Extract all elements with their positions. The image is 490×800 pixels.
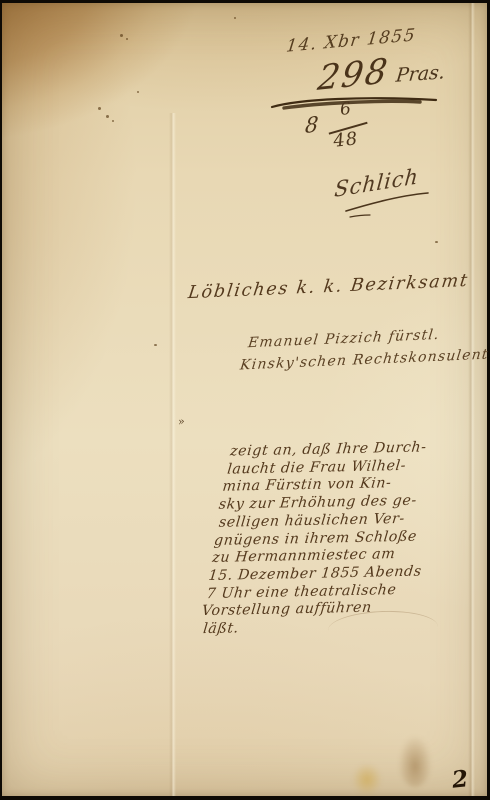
signature-flourish bbox=[342, 185, 432, 219]
file-number: 8 bbox=[304, 112, 319, 138]
foxing-speck bbox=[435, 241, 438, 243]
fraction-numerator: 6 bbox=[339, 99, 352, 120]
marginal-mark: » bbox=[177, 415, 186, 429]
foxing-speck bbox=[154, 344, 157, 346]
vertical-fold-crease-right bbox=[468, 3, 475, 796]
ink-smudge-stain bbox=[398, 735, 432, 787]
praesentatum-label: Pras. bbox=[395, 61, 446, 87]
photo-frame: 14. Xbr 1855 298 Pras. 8 6 48 Schlich Lö… bbox=[0, 0, 490, 800]
foxing-speck bbox=[137, 91, 139, 93]
registry-date: 14. Xbr 1855 bbox=[285, 25, 417, 57]
recipient-line: Löbliches k. k. Bezirksamt bbox=[187, 271, 470, 303]
sender-name-line: Emanuel Pizzich fürstl. bbox=[247, 327, 440, 351]
sender-title-line: Kinsky'schen Rechtskonsulent bbox=[239, 347, 489, 374]
fraction-denominator: 48 bbox=[332, 128, 359, 151]
yellow-stain bbox=[352, 763, 382, 796]
file-fraction: 6 48 bbox=[325, 99, 374, 155]
foxing-speck bbox=[106, 115, 109, 118]
vertical-fold-crease-left bbox=[169, 113, 176, 796]
foxing-speck bbox=[120, 34, 123, 37]
document-page: 14. Xbr 1855 298 Pras. 8 6 48 Schlich Lö… bbox=[2, 3, 487, 796]
foxing-speck bbox=[112, 120, 114, 122]
page-number: 2 bbox=[451, 765, 470, 794]
body-paragraph: zeigt an, daß Ihre Durch- laucht die Fra… bbox=[197, 438, 490, 639]
foxing-speck bbox=[126, 38, 128, 40]
foxing-speck bbox=[98, 107, 101, 110]
foxing-speck bbox=[234, 17, 236, 19]
